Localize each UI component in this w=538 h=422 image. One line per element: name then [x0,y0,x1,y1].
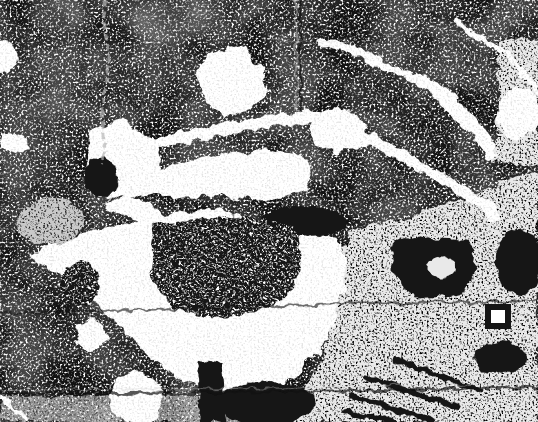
dark-islet-grain [60,261,100,305]
section-line-vertical-top [300,0,301,112]
square-feature-core [491,310,505,323]
aerial-photo [0,0,538,422]
section-line-vertical-field [231,212,232,312]
white-pocket-in-ring [429,256,455,278]
dark-bar-bottom [198,360,226,422]
section-line-vertical-highlight [296,0,297,110]
square-feature [485,304,511,329]
aerial-photo-canvas [0,0,538,422]
fine-grain-overlay [0,0,538,422]
dark-notch-left-blob [84,157,118,197]
dark-cluster-lower-right [475,342,527,374]
